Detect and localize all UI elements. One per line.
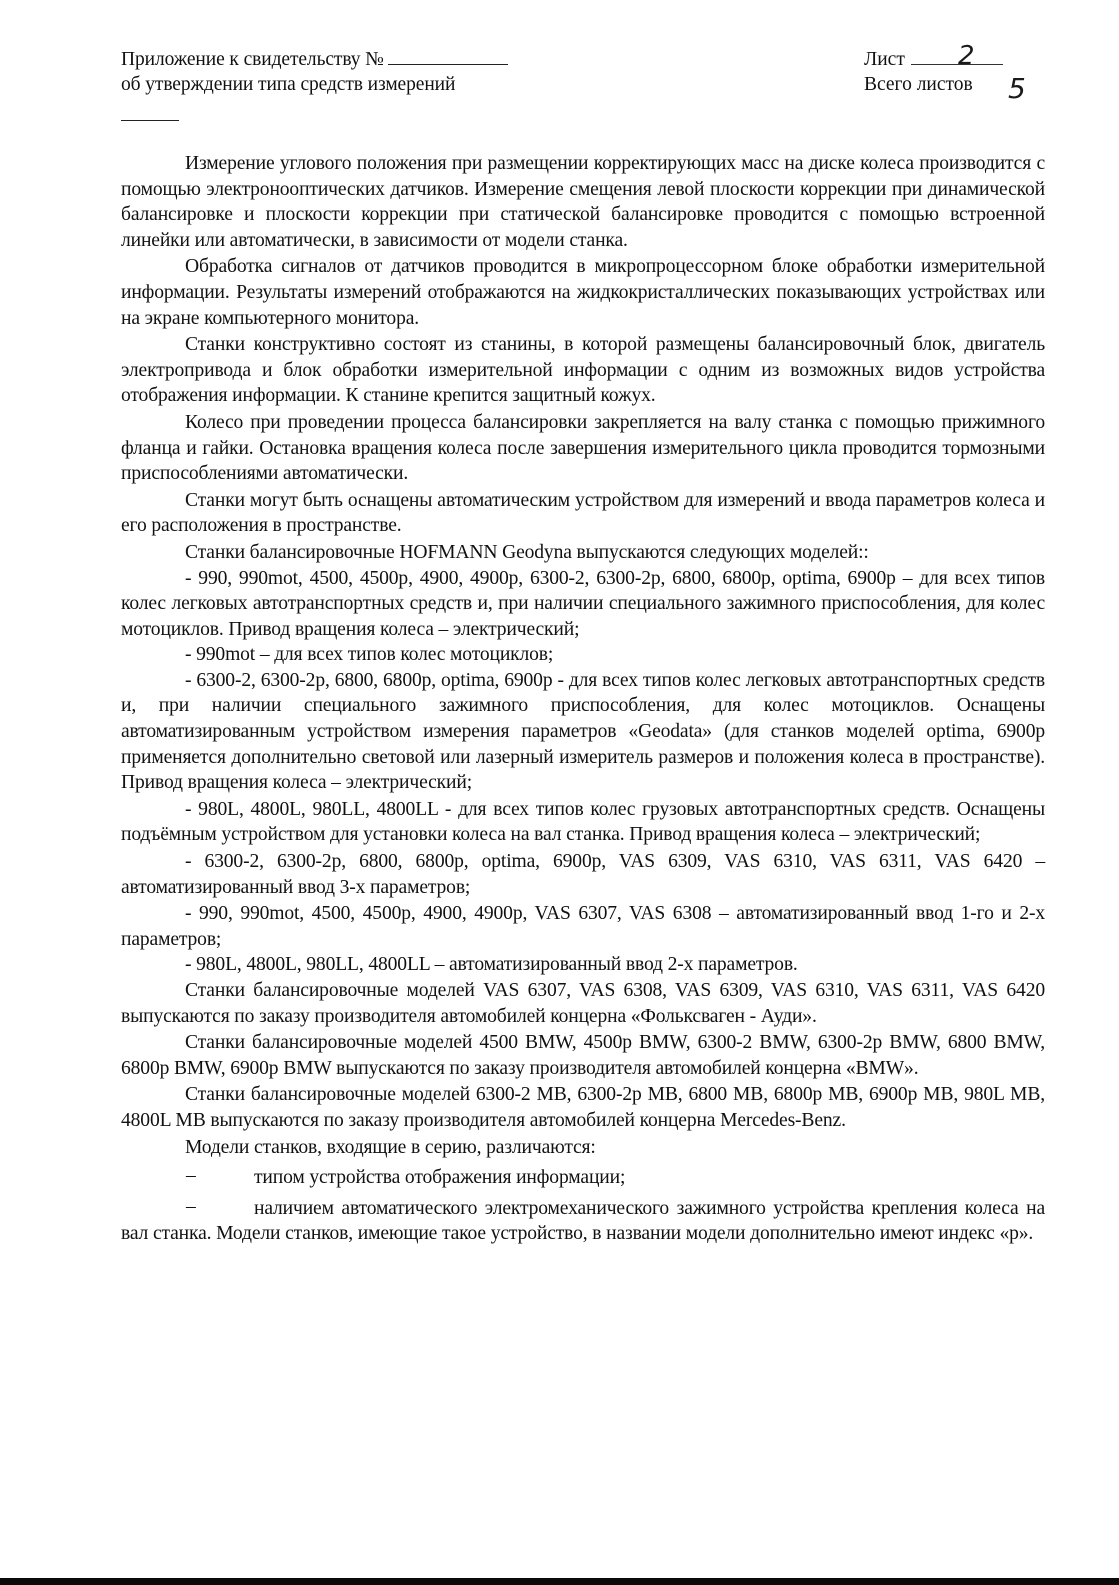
paragraph-volkswagen-audi: Станки балансировочные моделей VAS 6307,… bbox=[121, 978, 1045, 1029]
total-sheets-row: Всего листов bbox=[864, 72, 1003, 97]
header-line-approval: об утверждении типа средств измерений bbox=[121, 72, 508, 97]
document-page: Приложение к свидетельству № об утвержде… bbox=[0, 0, 1119, 1585]
paragraph-signal-processing: Обработка сигналов от датчиков проводитс… bbox=[121, 254, 1045, 331]
paragraph-bmw: Станки балансировочные моделей 4500 BMW,… bbox=[121, 1030, 1045, 1081]
paragraph-series-differences: Модели станков, входящие в серию, различ… bbox=[121, 1135, 1045, 1161]
header-certificate-label: Приложение к свидетельству № bbox=[121, 49, 384, 70]
document-body: Измерение углового положения при размеще… bbox=[121, 151, 1045, 1247]
paragraph-angular-measurement: Измерение углового положения при размеще… bbox=[121, 151, 1045, 253]
difference-text: наличием автоматического электромеханиче… bbox=[121, 1196, 1045, 1247]
sheet-number-blank bbox=[911, 48, 1003, 65]
difference-item-display-type: – типом устройства отображения информаци… bbox=[121, 1160, 1045, 1191]
model-item-passenger: - 990, 990mot, 4500, 4500p, 4900, 4900p,… bbox=[121, 566, 1045, 643]
dash-marker: – bbox=[186, 1194, 196, 1220]
header-line-certificate: Приложение к свидетельству № bbox=[121, 47, 508, 72]
model-item-2-params: - 980L, 4800L, 980LL, 4800LL – автоматиз… bbox=[121, 952, 1045, 978]
sheet-row: Лист bbox=[864, 47, 1003, 72]
paragraph-wheel-mounting: Колесо при проведении процесса балансиро… bbox=[121, 410, 1045, 487]
paragraph-automatic-device: Станки могут быть оснащены автоматически… bbox=[121, 488, 1045, 539]
paragraph-mercedes-benz: Станки балансировочные моделей 6300-2 MB… bbox=[121, 1082, 1045, 1133]
total-sheets-label: Всего листов bbox=[864, 74, 973, 95]
model-item-3-params: - 6300-2, 6300-2p, 6800, 6800p, optima, … bbox=[121, 849, 1045, 900]
model-item-motorcycle: - 990mot – для всех типов колес мотоцикл… bbox=[121, 642, 1045, 668]
handwritten-sheet-number: 2 bbox=[958, 41, 975, 71]
header-short-rule bbox=[121, 120, 179, 121]
difference-text: типом устройства отображения информации; bbox=[121, 1165, 1045, 1191]
sheet-label: Лист bbox=[864, 49, 905, 70]
scan-bottom-edge bbox=[0, 1578, 1119, 1585]
sheet-info: Лист Всего листов bbox=[864, 47, 1003, 97]
model-item-truck: - 980L, 4800L, 980LL, 4800LL - для всех … bbox=[121, 797, 1045, 848]
model-item-1-2-params: - 990, 990mot, 4500, 4500p, 4900, 4900p,… bbox=[121, 901, 1045, 952]
paragraph-construction: Станки конструктивно состоят из станины,… bbox=[121, 332, 1045, 409]
certificate-number-blank bbox=[388, 48, 508, 65]
dash-marker: – bbox=[186, 1163, 196, 1189]
paragraph-models-intro: Станки балансировочные HOFMANN Geodyna в… bbox=[121, 540, 1045, 566]
certificate-header: Приложение к свидетельству № об утвержде… bbox=[121, 47, 508, 97]
handwritten-total-sheets: 5 bbox=[1008, 72, 1026, 105]
difference-item-clamping-device: – наличием автоматического электромехани… bbox=[121, 1191, 1045, 1247]
model-item-geodata: - 6300-2, 6300-2p, 6800, 6800p, optima, … bbox=[121, 668, 1045, 796]
